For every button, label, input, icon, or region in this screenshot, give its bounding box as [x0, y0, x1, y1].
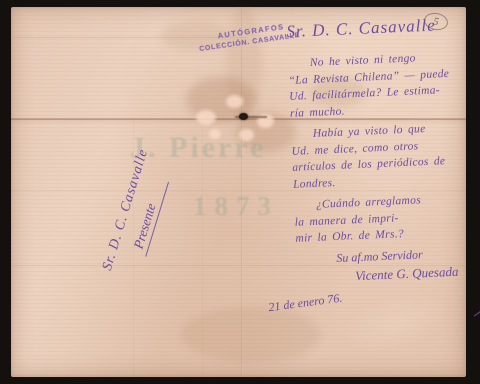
paper-blotch [196, 110, 216, 125]
letter-paper: 5 AUTÓGRAFOS COLECCIÓN. CASAVALLE J. Pie… [11, 7, 466, 377]
center-fold [241, 7, 243, 377]
paper-blotch [239, 129, 254, 141]
recipient-header: Sr. D. C. Casavalle [286, 14, 477, 42]
date-line: 21 de enero 76. [268, 291, 344, 316]
paper-blotch [226, 95, 243, 108]
ghost-impression [336, 282, 456, 364]
photo-background: 5 AUTÓGRAFOS COLECCIÓN. CASAVALLE J. Pie… [0, 0, 480, 384]
letter-body: Sr. D. C. Casavalle No he visto ni tengo… [286, 14, 480, 287]
paper-blotch [209, 129, 221, 139]
signature: Vicente G. Quesada [355, 262, 480, 284]
paper-hole [239, 113, 248, 120]
address-panel: Sr. D. C. Casavalle Presente [58, 148, 208, 283]
signature-flourish [467, 277, 480, 318]
